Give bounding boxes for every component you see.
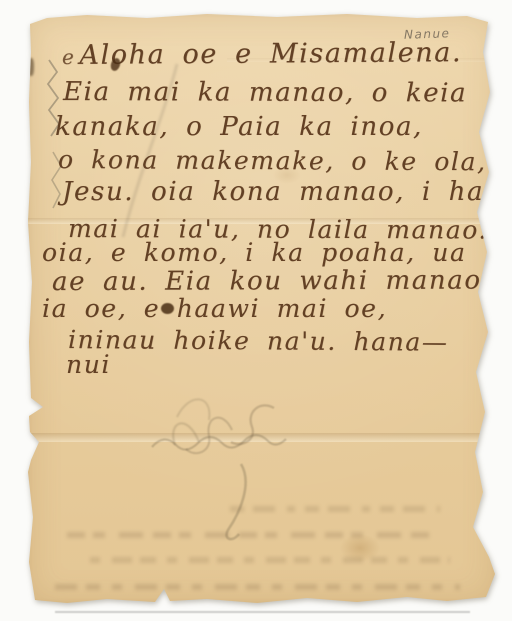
handwritten-line-11: nui — [66, 350, 111, 379]
handwritten-line-1: eAloha oe e Misamalena. — [62, 37, 462, 71]
ink-blot — [161, 303, 174, 314]
handwritten-line-9: ia oe, e haawi mai oe, — [42, 294, 387, 323]
scanner-edge-line — [55, 611, 470, 613]
handwritten-line-2: Eia mai ka manao, o keia — [63, 77, 467, 108]
handwritten-line-4: o kona makemake, o ke ola, ia — [58, 145, 512, 176]
handwritten-line-8: ae au. Eia kou wahi manao — [52, 266, 482, 297]
fold-crease-lower — [27, 433, 497, 442]
paper-sheet: Nanue eAloha oe e Misamalena. Eia mai ka… — [27, 12, 497, 604]
handwritten-line-5: Jesu. oia kona manao, i hai — [62, 177, 494, 207]
handwritten-line-10: ininau hoike na'u. hana— — [68, 325, 449, 357]
stray-pen-mark: e — [62, 45, 76, 69]
letter-paper: Nanue eAloha oe e Misamalena. Eia mai ka… — [27, 12, 497, 604]
handwritten-line-7: oia, e komo, i ka poaha, ua — [42, 238, 466, 267]
scanned-letter: Nanue eAloha oe e Misamalena. Eia mai ka… — [0, 0, 512, 621]
handwritten-line-3: kanaka, o Paia ka inoa, — [55, 112, 423, 142]
ink-edge-smudge — [28, 58, 34, 76]
paper-stain — [332, 528, 388, 568]
line-text: Aloha oe e Misamalena. — [79, 37, 462, 71]
